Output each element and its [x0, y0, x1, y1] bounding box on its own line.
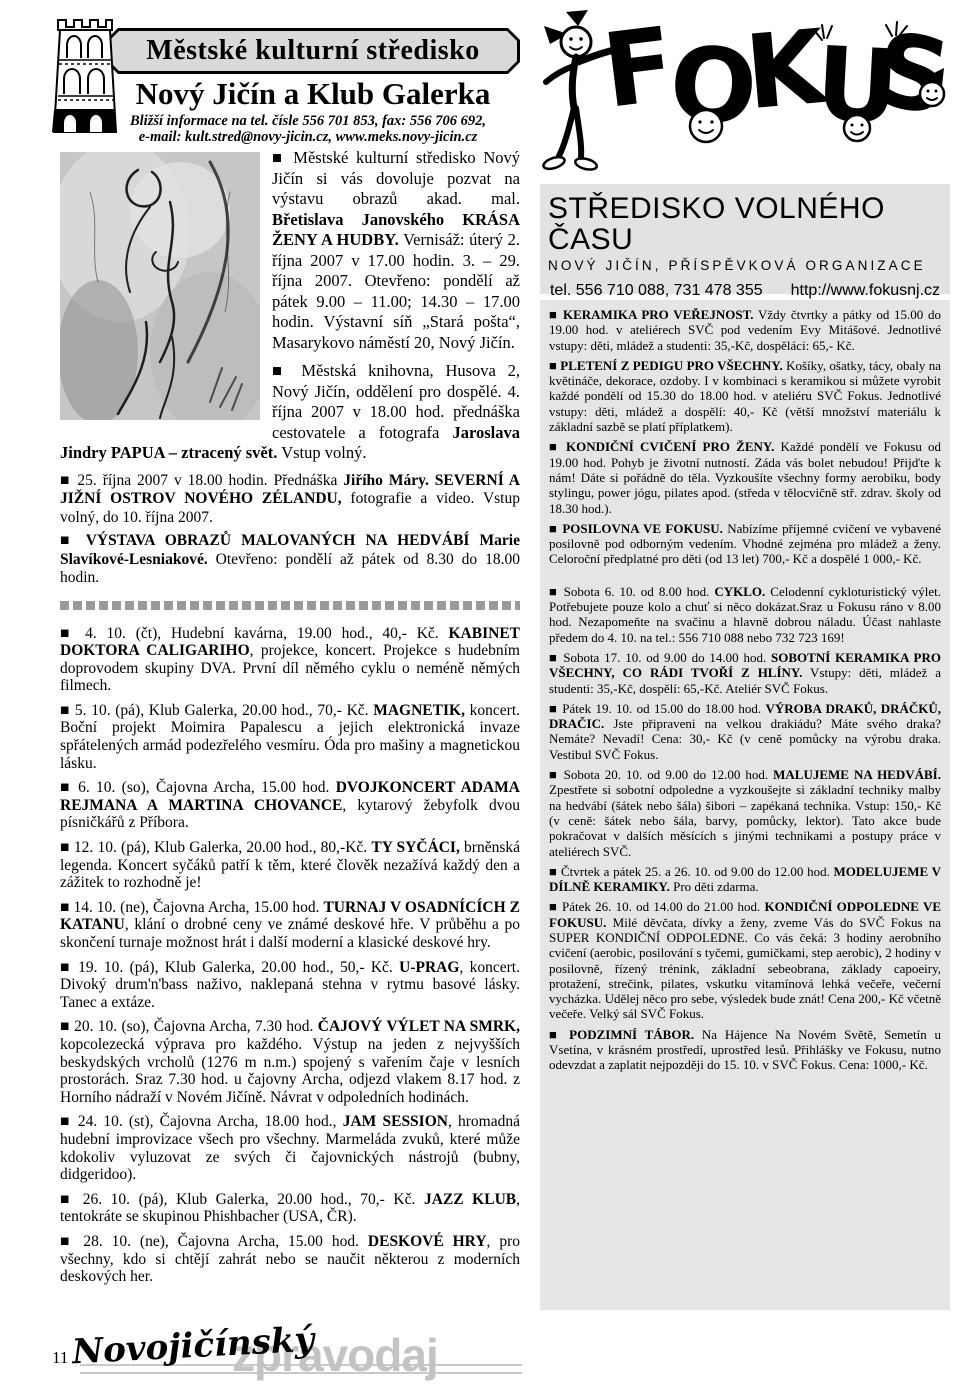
svc-subtitle: NOVÝ JIČÍN, PŘÍSPĚVKOVÁ ORGANIZACE [548, 258, 942, 273]
list-item: ■ 24. 10. (st), Čajovna Archa, 18.00 hod… [60, 1113, 520, 1183]
page-number: 11 [52, 1348, 68, 1368]
list-item: ■ 26. 10. (pá), Klub Galerka, 20.00 hod.… [60, 1191, 520, 1226]
mks-exhibitions-list: ■ 25. října 2007 v 18.00 hodin. Přednášk… [60, 472, 520, 588]
mks-header: Městské kulturní středisko Nový Jičín a … [50, 12, 520, 144]
list-item: ■ 5. 10. (pá), Klub Galerka, 20.00 hod.,… [60, 702, 520, 772]
list-item: ■ Pátek 26. 10. od 14.00 do 21.00 hod. K… [549, 899, 941, 1021]
fokus-header: F O K U S [540, 6, 950, 294]
fokus-logo: F O K U S [540, 6, 950, 178]
mks-title: Městské kulturní středisko [146, 35, 479, 67]
svc-title: STŘEDISKO VOLNÉHO ČASU [548, 193, 942, 255]
list-item: ■ 14. 10. (ne), Čajovna Archa, 15.00 hod… [60, 899, 520, 952]
children-figures-icon [540, 6, 950, 178]
list-item: ■ 28. 10. (ne), Čajovna Archa, 15.00 hod… [60, 1233, 520, 1286]
exhibition-artwork-image [60, 152, 260, 420]
svc-phone: tel. 556 710 088, 731 478 355 [550, 282, 763, 300]
svc-website: http://www.fokusnj.cz [791, 282, 940, 300]
list-item: ■ VÝSTAVA OBRAZŮ MALOVANÝCH NA HEDVÁBÍ M… [60, 532, 520, 588]
mks-contact: Bližší informace na tel. čísle 556 701 8… [96, 113, 520, 145]
list-item: ■ PLETENÍ Z PEDIGU PRO VŠECHNY. Košíky, … [549, 358, 941, 434]
list-item: ■ 25. října 2007 v 18.00 hodin. Přednášk… [60, 472, 520, 528]
list-item: ■ 20. 10. (so), Čajovna Archa, 7.30 hod.… [60, 1018, 520, 1106]
mks-contact-line2: e-mail: kult.stred@novy-jicin.cz, www.me… [96, 129, 520, 145]
list-item: ■ 19. 10. (pá), Klub Galerka, 20.00 hod.… [60, 959, 520, 1012]
list-item: ■ Sobota 17. 10. od 9.00 do 14.00 hod. S… [549, 650, 941, 696]
list-item: ■ Sobota 20. 10. od 9.00 do 12.00 hod. M… [549, 767, 941, 859]
mks-subtitle: Nový Jičín a Klub Galerka [106, 78, 520, 110]
list-item: ■ Čtvrtek a pátek 25. a 26. 10. od 9.00 … [549, 864, 941, 895]
svc-contact-row: tel. 556 710 088, 731 478 355 http://www… [548, 282, 942, 300]
mks-program-column: ■ Městské kulturní středisko Nový Jičín … [60, 148, 520, 1293]
list-item: ■ PODZIMNÍ TÁBOR. Na Hájence Na Novém Sv… [549, 1027, 941, 1073]
list-item: ■ 6. 10. (so), Čajovna Archa, 15.00 hod.… [60, 779, 520, 832]
newsletter-page: Městské kulturní středisko Nový Jičín a … [0, 0, 960, 1390]
svc-info-box: STŘEDISKO VOLNÉHO ČASU NOVÝ JIČÍN, PŘÍSP… [540, 184, 950, 294]
list-item: ■ 4. 10. (čt), Hudební kavárna, 19.00 ho… [60, 625, 520, 695]
fokus-activities-panel: ■ KERAMIKA PRO VEŘEJNOST. Vždy čtvrtky a… [540, 300, 950, 1310]
abstract-figure-drawing [60, 152, 260, 420]
tower-illustration-icon [50, 14, 118, 136]
mks-title-bar-inner: Městské kulturní středisko [109, 31, 517, 71]
mks-events-list: ■ 4. 10. (čt), Hudební kavárna, 19.00 ho… [60, 625, 520, 1286]
list-item: ■ POSILOVNA VE FOKUSU. Nabízíme příjemné… [549, 521, 941, 567]
mks-contact-line1: Bližší informace na tel. čísle 556 701 8… [96, 113, 520, 129]
list-item: ■ KERAMIKA PRO VEŘEJNOST. Vždy čtvrtky a… [549, 307, 941, 353]
list-item: ■ Sobota 6. 10. od 8.00 hod. CYKLO. Celo… [549, 584, 941, 645]
page-footer: 11 Novojičínský zpravodaj [50, 1320, 522, 1386]
mks-title-bar: Městské kulturní středisko [106, 28, 520, 74]
list-item: ■ 12. 10. (pá), Klub Galerka, 20.00 hod.… [60, 839, 520, 892]
list-item: ■ KONDIČNÍ CVIČENÍ PRO ŽENY. Každé pondě… [549, 439, 941, 515]
squares-separator [60, 601, 520, 610]
list-item: ■ Pátek 19. 10. od 15.00 do 18.00 hod. V… [549, 701, 941, 762]
